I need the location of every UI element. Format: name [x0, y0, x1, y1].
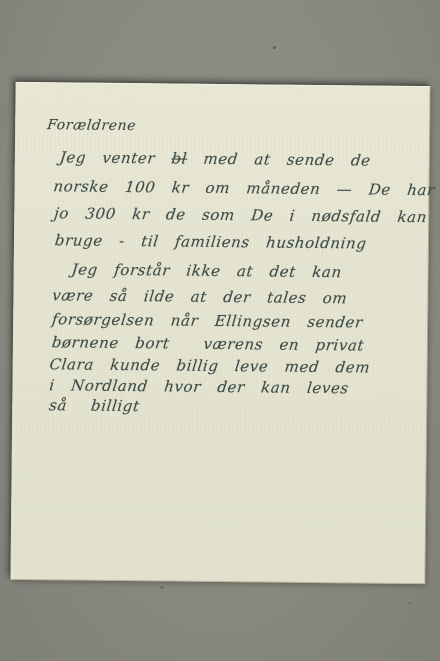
line8-right: værens en privat: [203, 335, 366, 355]
handwriting-line-1: Jeg venter bl med at sende de: [59, 147, 372, 170]
handwriting-line-4: bruge - til familiens husholdning: [54, 230, 368, 253]
line8-left: børnene bort: [51, 333, 171, 352]
line1-pre: Jeg venter: [59, 148, 156, 167]
handwriting-line-2: norske 100 kr om måneden — De har: [52, 176, 436, 200]
dust-speck: [160, 586, 164, 589]
dust-speck: [408, 602, 411, 604]
handwriting-line-9: Clara kunde billig leve med dem: [49, 354, 372, 377]
line11-right: billigt: [90, 397, 141, 415]
handwriting-line-8: børnene bortværens en privat: [51, 332, 366, 355]
photo-background: Forældrene Jeg venter bl med at sende de…: [0, 0, 440, 661]
line11-left: så: [48, 396, 68, 414]
line1-struck-word: bl: [171, 149, 189, 167]
handwriting-line-6: være så ilde at der tales om: [51, 285, 348, 308]
line1-post: med at sende de: [203, 150, 372, 170]
letter-paper: Forældrene Jeg venter bl med at sende de…: [10, 82, 430, 584]
dust-speck: [273, 46, 276, 49]
handwriting-line-7: forsørgelsen når Ellingsen sender: [51, 309, 364, 332]
handwriting-line-5: Jeg forstår ikke at det kan: [71, 259, 343, 282]
dust-speck: [183, 598, 185, 600]
handwriting-line-3: jo 300 kr de som De i nødsfald kan: [53, 203, 428, 227]
handwriting-line-11: såbilligt: [48, 395, 141, 416]
salutation-line: Forældrene: [46, 115, 137, 136]
